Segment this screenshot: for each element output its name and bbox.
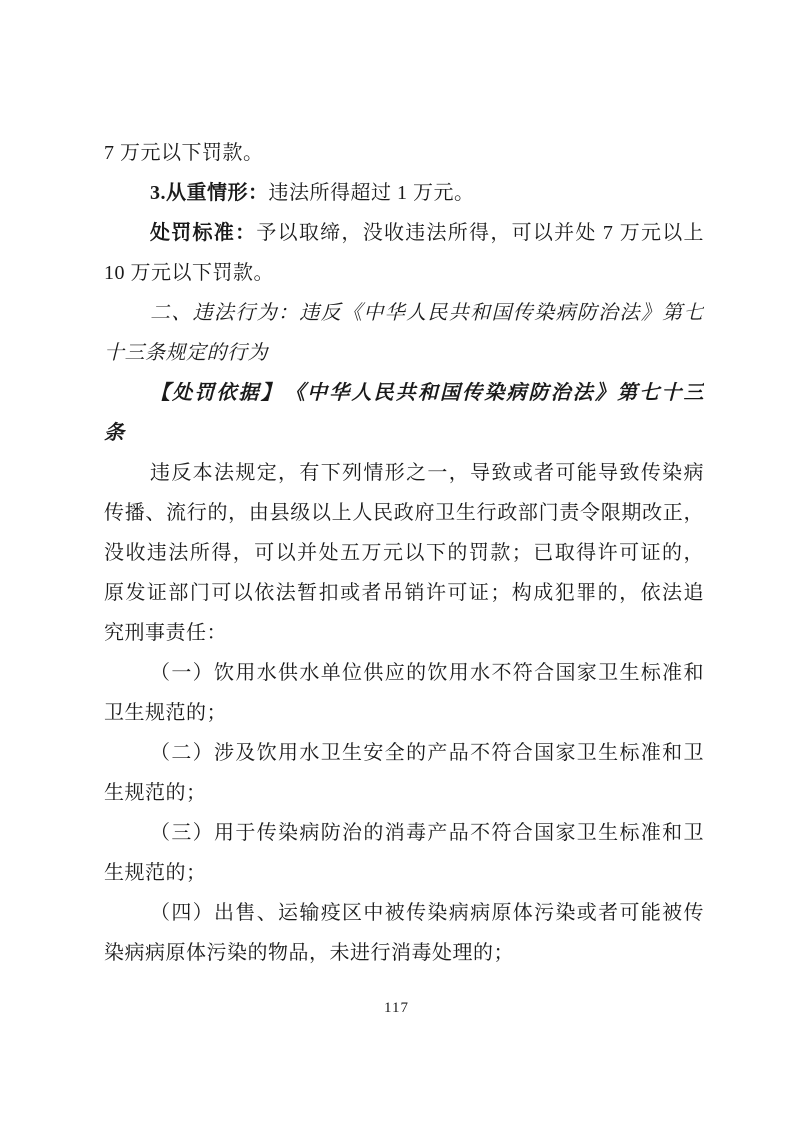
- paragraph: （二）涉及饮用水卫生安全的产品不符合国家卫生标准和卫生规范的；: [104, 733, 704, 813]
- text-line: 原发证部门可以依法暂扣或者吊销许可证；构成犯罪的，依法追: [104, 573, 704, 613]
- text-line: 生规范的；: [104, 773, 704, 813]
- page-number: 117: [0, 996, 793, 1020]
- text-segment: 究刑事责任：: [104, 622, 227, 644]
- text-line: 传播、流行的，由县级以上人民政府卫生行政部门责令限期改正，: [104, 493, 704, 533]
- text-line: 条: [104, 413, 704, 453]
- text-line: 染病病原体污染的物品，未进行消毒处理的；: [104, 933, 704, 973]
- paragraph: 7 万元以下罚款。: [104, 133, 704, 173]
- text-segment: （四）出售、运输疫区中被传染病病原体污染或者可能被传: [150, 902, 704, 924]
- text-line: 3.从重情形：违法所得超过 1 万元。: [104, 173, 704, 213]
- text-line: 7 万元以下罚款。: [104, 133, 704, 173]
- text-line: （一）饮用水供水单位供应的饮用水不符合国家卫生标准和: [104, 653, 704, 693]
- text-segment: 生规范的；: [104, 862, 207, 884]
- paragraph: 3.从重情形：违法所得超过 1 万元。: [104, 173, 704, 213]
- text-segment: 十三条规定的行为: [104, 342, 268, 364]
- text-line: 生规范的；: [104, 853, 704, 893]
- paragraph: 违反本法规定，有下列情形之一，导致或者可能导致传染病传播、流行的，由县级以上人民…: [104, 453, 704, 653]
- text-line: （三）用于传染病防治的消毒产品不符合国家卫生标准和卫: [104, 813, 704, 853]
- document-body: 7 万元以下罚款。3.从重情形：违法所得超过 1 万元。处罚标准：予以取缔，没收…: [104, 133, 704, 973]
- text-line: 【处罚依据】 《中华人民共和国传染病防治法》第七十三: [104, 373, 704, 413]
- text-line: 卫生规范的；: [104, 693, 704, 733]
- text-segment: 违反本法规定，有下列情形之一，导致或者可能导致传染病: [150, 462, 704, 484]
- text-segment: 传播、流行的，由县级以上人民政府卫生行政部门责令限期改正，: [104, 502, 704, 524]
- text-line: 处罚标准：予以取缔，没收违法所得，可以并处 7 万元以上: [104, 213, 704, 253]
- paragraph: （三）用于传染病防治的消毒产品不符合国家卫生标准和卫生规范的；: [104, 813, 704, 893]
- text-segment: 没收违法所得，可以并处五万元以下的罚款；已取得许可证的，: [104, 542, 704, 564]
- text-line: 究刑事责任：: [104, 613, 704, 653]
- text-segment: 10 万元以下罚款。: [104, 262, 274, 284]
- text-line: 没收违法所得，可以并处五万元以下的罚款；已取得许可证的，: [104, 533, 704, 573]
- bold-text-segment: 【处罚依据】 《中华人民共和国传染病防治法》第七十三: [150, 382, 704, 404]
- text-line: （二）涉及饮用水卫生安全的产品不符合国家卫生标准和卫: [104, 733, 704, 773]
- text-line: 违反本法规定，有下列情形之一，导致或者可能导致传染病: [104, 453, 704, 493]
- paragraph: 【处罚依据】 《中华人民共和国传染病防治法》第七十三条: [104, 373, 704, 453]
- text-segment: （二）涉及饮用水卫生安全的产品不符合国家卫生标准和卫: [150, 742, 704, 764]
- text-segment: 原发证部门可以依法暂扣或者吊销许可证；构成犯罪的，依法追: [104, 582, 704, 604]
- bold-text-segment: 3.从重情形：: [150, 182, 269, 204]
- text-line: （四）出售、运输疫区中被传染病病原体污染或者可能被传: [104, 893, 704, 933]
- text-line: 10 万元以下罚款。: [104, 253, 704, 293]
- text-segment: 7 万元以下罚款。: [104, 142, 264, 164]
- bold-text-segment: 条: [104, 422, 125, 444]
- text-segment: 予以取缔，没收违法所得，可以并处 7 万元以上: [256, 222, 704, 244]
- text-segment: 染病病原体污染的物品，未进行消毒处理的；: [104, 942, 514, 964]
- text-segment: （一）饮用水供水单位供应的饮用水不符合国家卫生标准和: [150, 662, 704, 684]
- paragraph: 处罚标准：予以取缔，没收违法所得，可以并处 7 万元以上10 万元以下罚款。: [104, 213, 704, 293]
- text-segment: （三）用于传染病防治的消毒产品不符合国家卫生标准和卫: [150, 822, 704, 844]
- text-segment: 卫生规范的；: [104, 702, 227, 724]
- paragraph: 二、违法行为：违反《中华人民共和国传染病防治法》第七十三条规定的行为: [104, 293, 704, 373]
- text-line: 二、违法行为：违反《中华人民共和国传染病防治法》第七: [104, 293, 704, 333]
- text-line: 十三条规定的行为: [104, 333, 704, 373]
- paragraph: （四）出售、运输疫区中被传染病病原体污染或者可能被传染病病原体污染的物品，未进行…: [104, 893, 704, 973]
- bold-text-segment: 处罚标准：: [150, 222, 256, 244]
- text-segment: 违法所得超过 1 万元。: [269, 182, 475, 204]
- paragraph: （一）饮用水供水单位供应的饮用水不符合国家卫生标准和卫生规范的；: [104, 653, 704, 733]
- document-page: 7 万元以下罚款。3.从重情形：违法所得超过 1 万元。处罚标准：予以取缔，没收…: [0, 0, 793, 1122]
- text-segment: 二、违法行为：违反《中华人民共和国传染病防治法》第七: [150, 302, 704, 324]
- text-segment: 生规范的；: [104, 782, 207, 804]
